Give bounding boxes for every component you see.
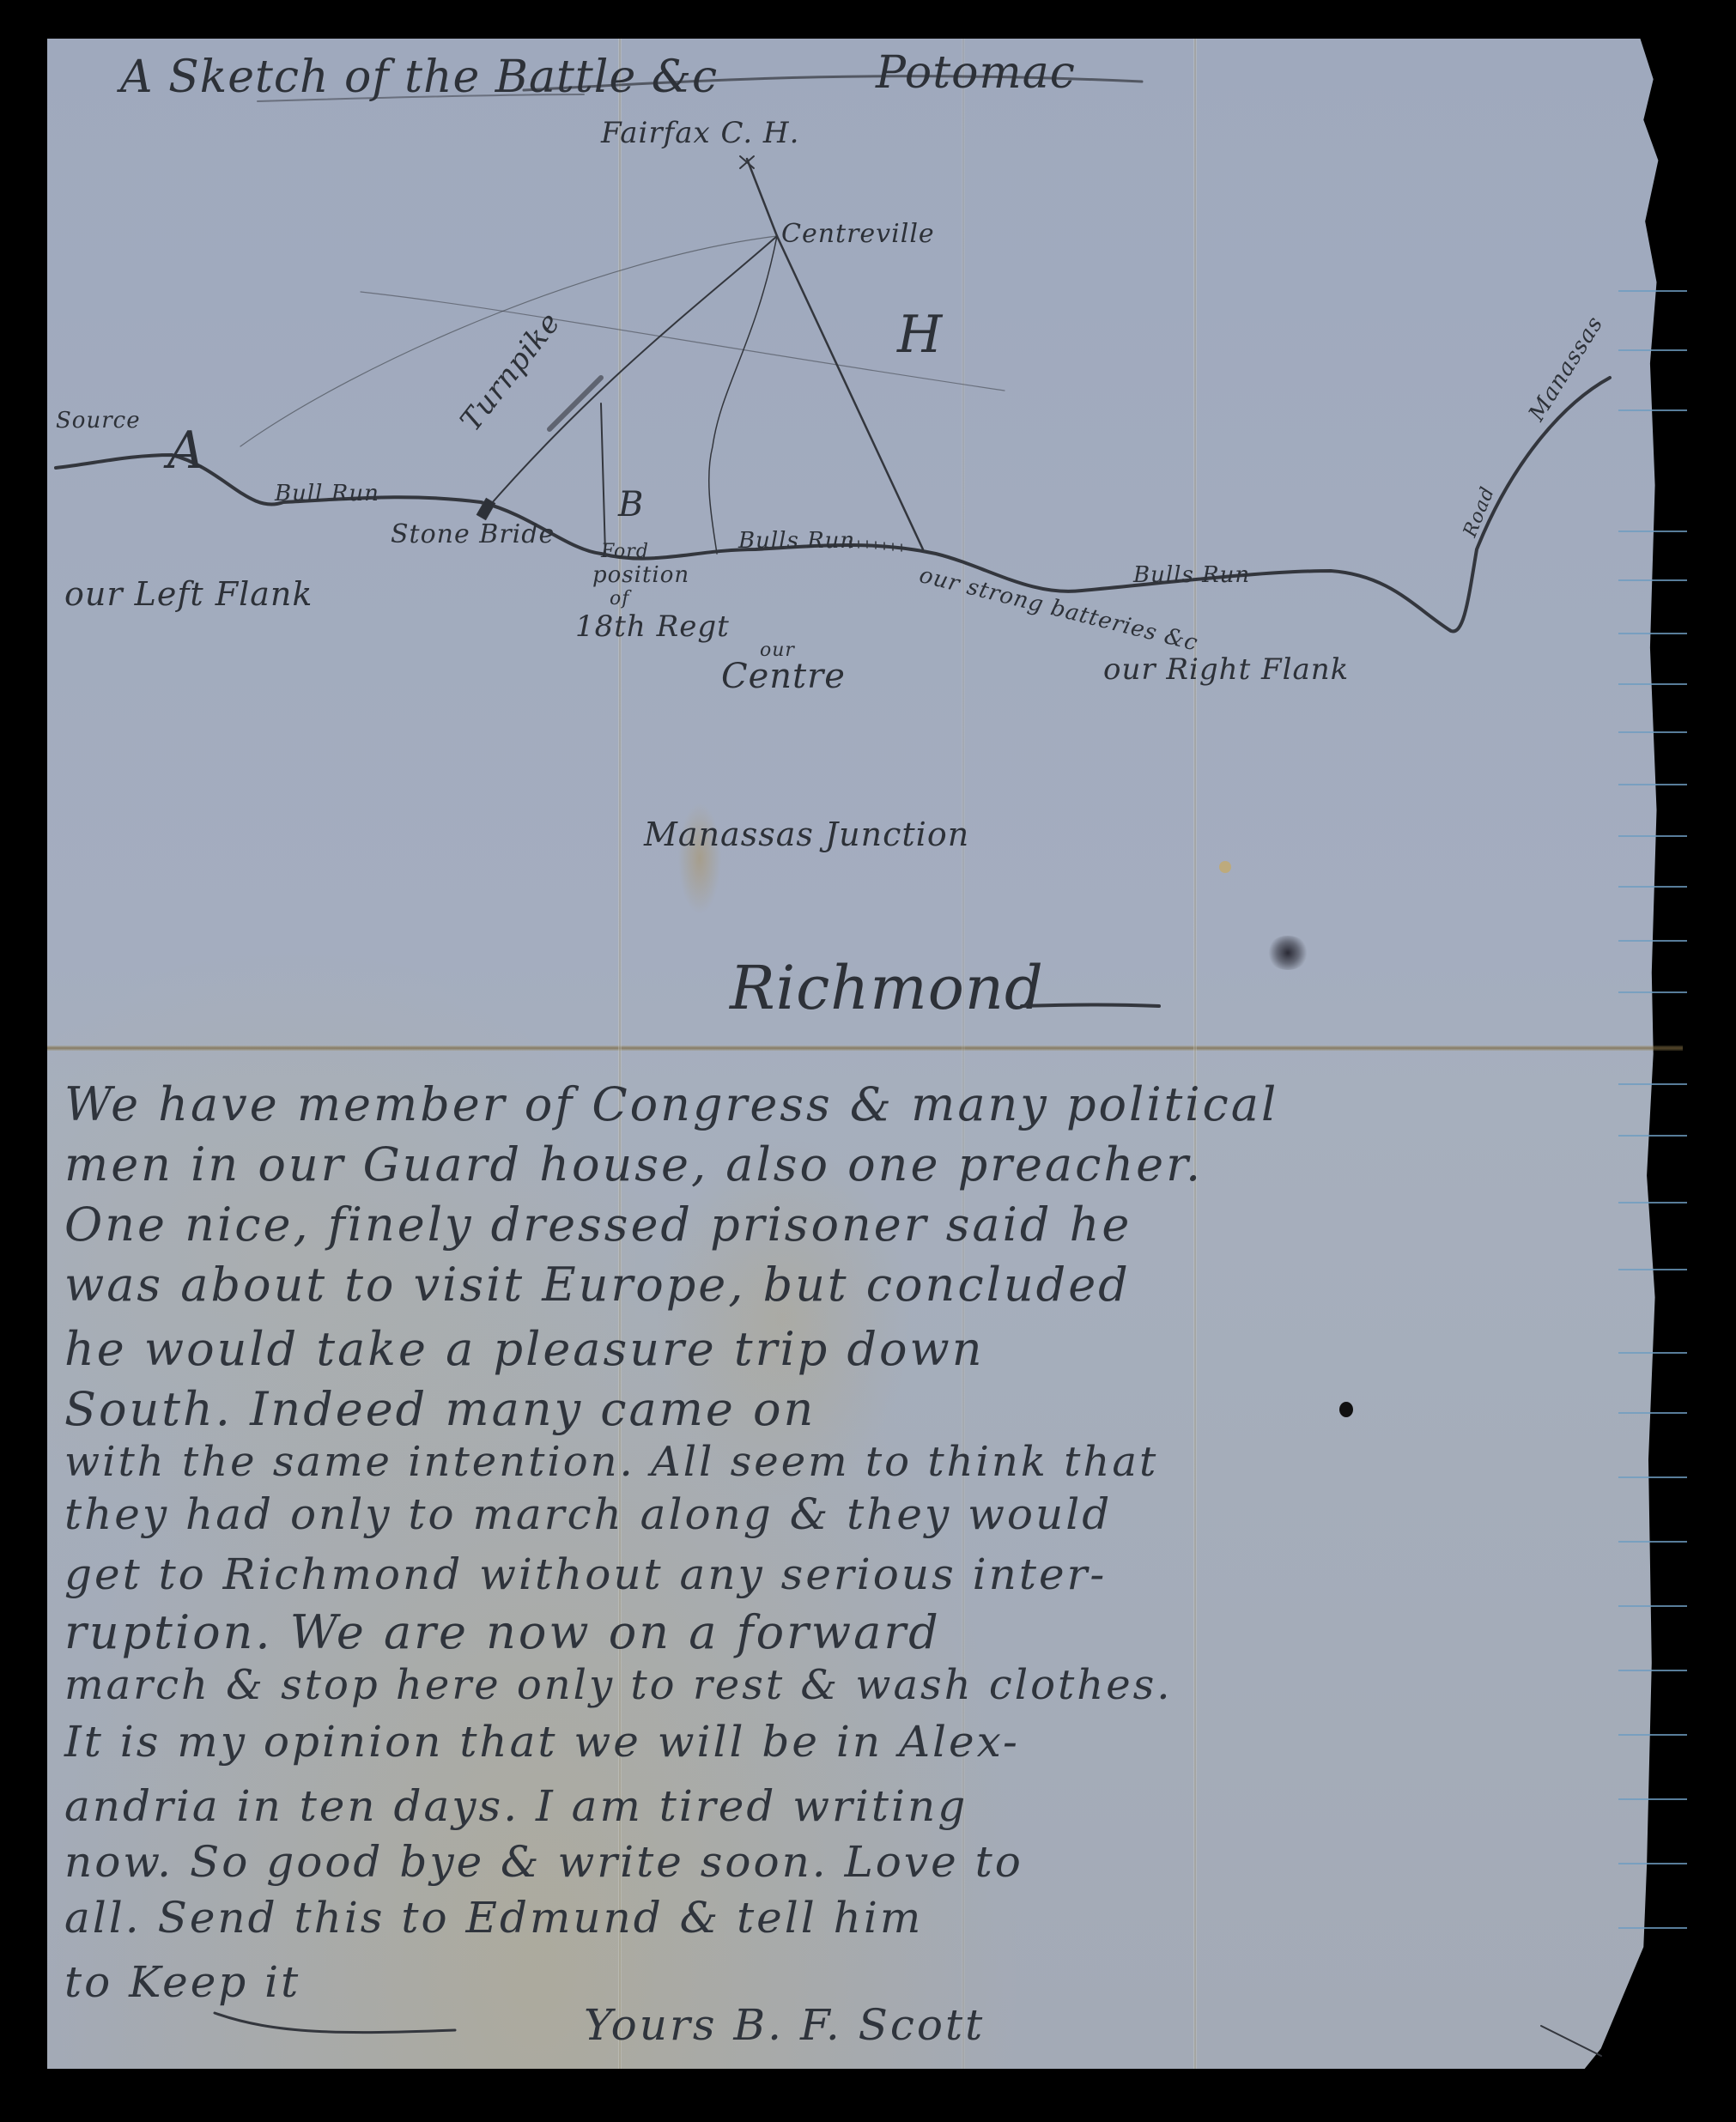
letter-line: march & stop here only to rest & wash cl… — [64, 1661, 1173, 1709]
title-potomac: Potomac — [876, 47, 1076, 99]
letter-line: he would take a pleasure trip down — [64, 1322, 985, 1376]
label-b-mark: B — [618, 485, 644, 524]
label-right-flank: our Right Flank — [1103, 652, 1349, 687]
label-a-mark: A — [167, 421, 205, 481]
label-ford: Ford — [601, 541, 649, 562]
label-bull-run-2: Bulls Run — [738, 528, 855, 554]
letter-line: now. So good bye & write soon. Love to — [64, 1837, 1023, 1887]
label-stone-bridge: Stone Bride — [391, 519, 555, 549]
letter-line: South. Indeed many came on — [64, 1382, 816, 1436]
letter-line: One nice, finely dressed prisoner said h… — [64, 1197, 1132, 1252]
label-fairfax: Fairfax C. H. — [601, 116, 799, 150]
label-bull-run-1: Bull Run — [275, 481, 379, 506]
label-centreville: Centreville — [781, 219, 935, 249]
label-richmond: Richmond — [730, 953, 1044, 1023]
letter-line: andria in ten days. I am tired writing — [64, 1781, 968, 1831]
letter-line: was about to visit Europe, but concluded — [64, 1258, 1131, 1312]
label-manassas-junction: Manassas Junction — [644, 815, 969, 853]
signature: Yours B. F. Scott — [584, 2000, 985, 2050]
letter-line: with the same intention. All seem to thi… — [64, 1438, 1158, 1486]
letter-line: We have member of Congress & many politi… — [64, 1077, 1278, 1131]
title-text: A Sketch of the Battle &c — [120, 52, 718, 103]
label-position: position — [592, 562, 689, 588]
letter-line: men in our Guard house, also one preache… — [64, 1137, 1203, 1191]
letter-line: ruption. We are now on a forward — [64, 1605, 941, 1659]
letter-line: all. Send this to Edmund & tell him — [64, 1893, 923, 1943]
label-source: Source — [56, 408, 141, 433]
label-of: of — [610, 588, 629, 609]
letter-line: to Keep it — [64, 1957, 300, 2007]
label-centre: Centre — [721, 657, 846, 696]
letter-line: they had only to march along & they woul… — [64, 1489, 1112, 1539]
label-h-mark: H — [897, 305, 943, 365]
label-bull-run-3: Bulls Run — [1133, 562, 1250, 588]
label-left-flank: our Left Flank — [64, 575, 313, 613]
letter-line: It is my opinion that we will be in Alex… — [64, 1717, 1020, 1767]
label-regt: 18th Regt — [575, 609, 730, 644]
letter-line: get to Richmond without any serious inte… — [64, 1549, 1107, 1599]
